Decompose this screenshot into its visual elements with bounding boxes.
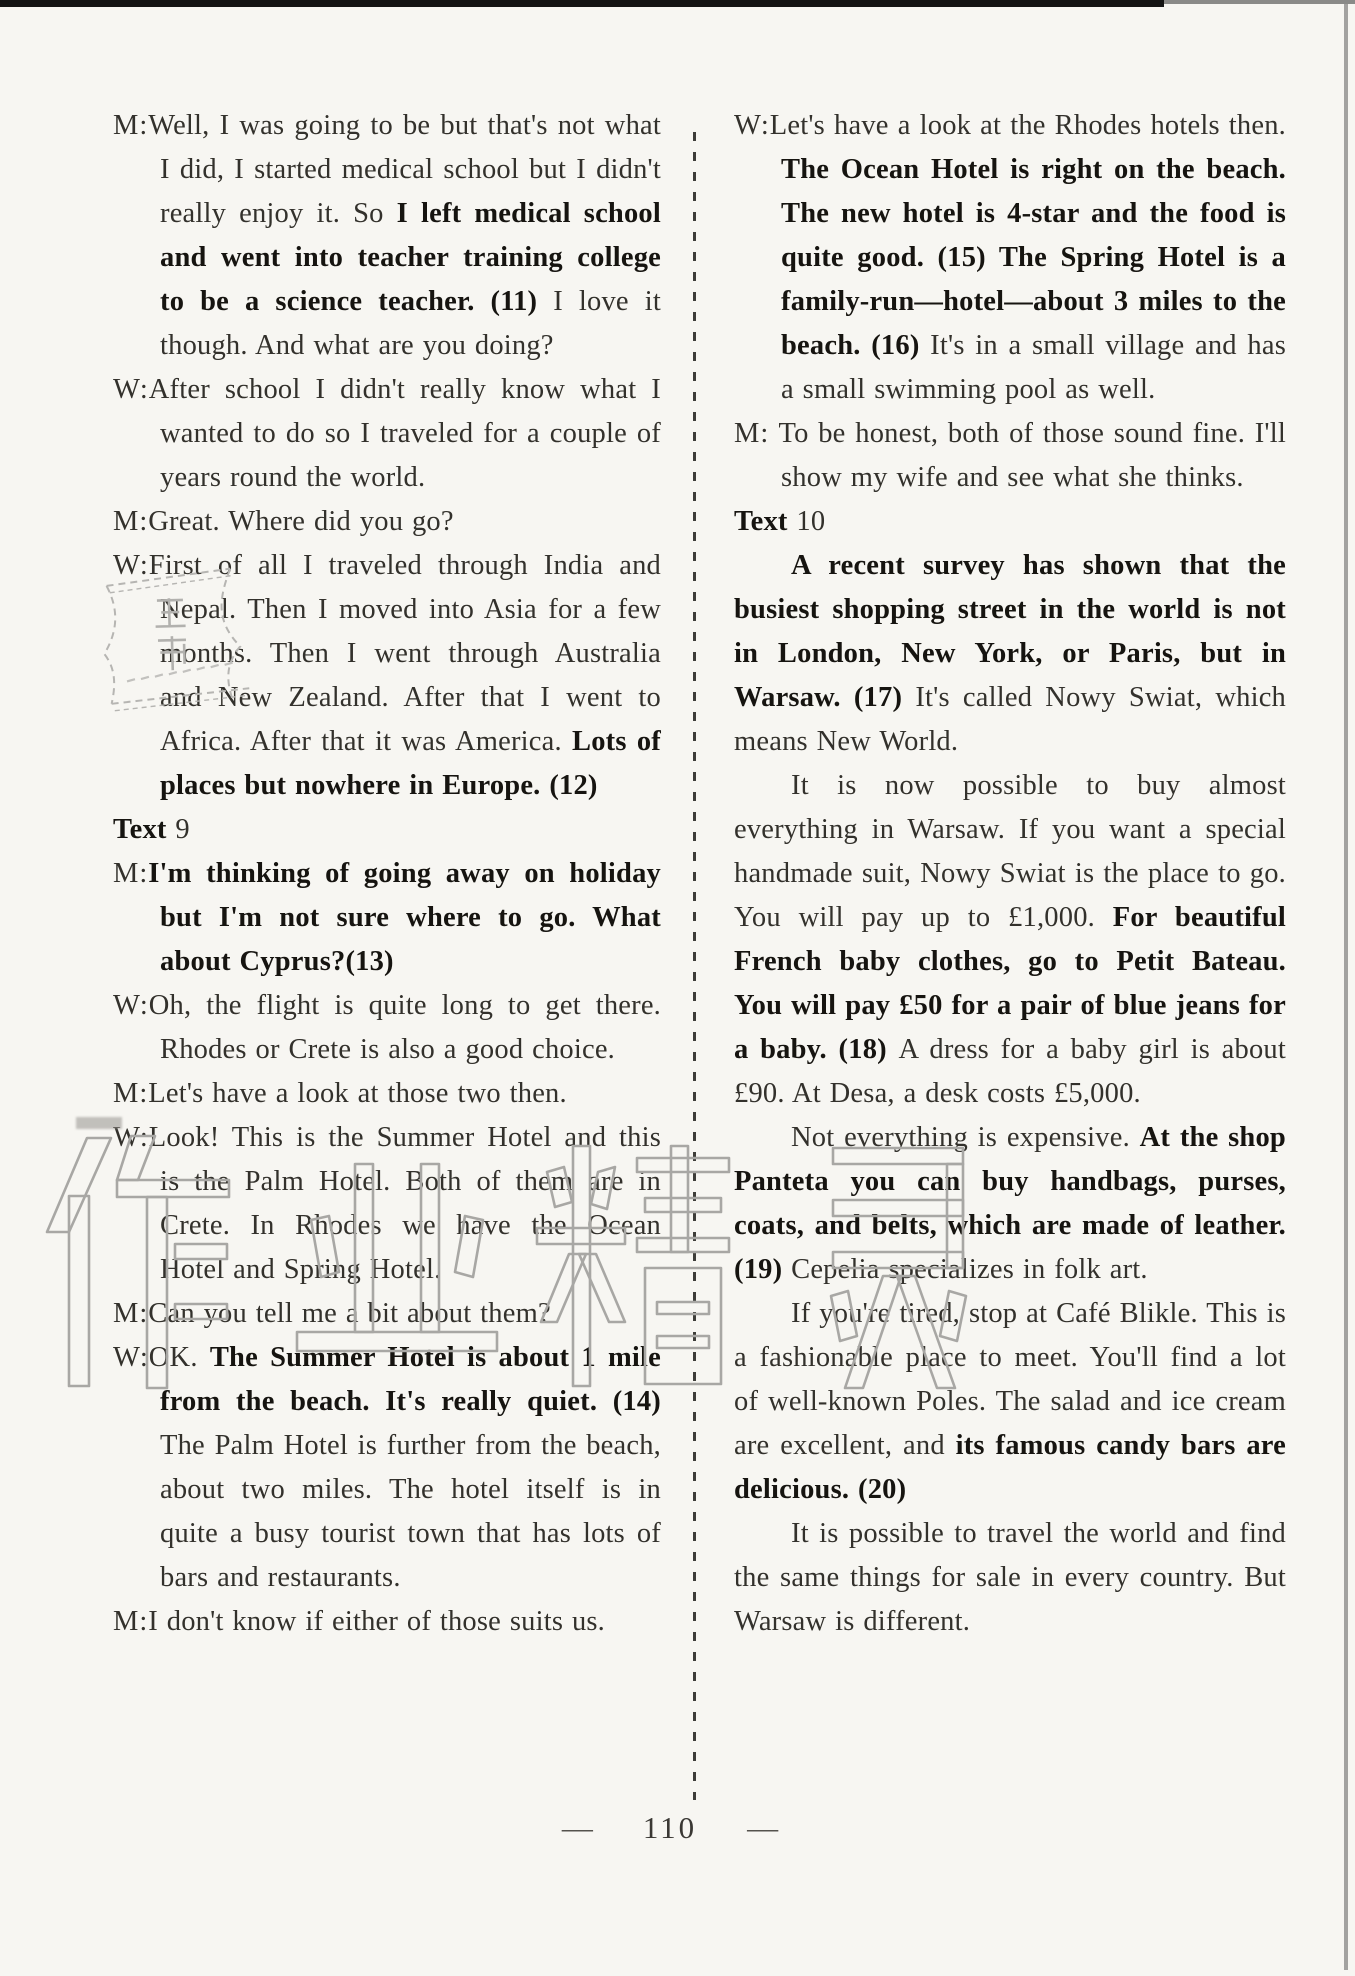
speaker-label: M: [734,418,769,449]
speaker-label: M: [113,110,148,141]
column-divider [693,132,696,1800]
dialogue-line: M:Can you tell me a bit about them? [113,1292,661,1336]
paragraph: Not everything is expensive. At the shop… [734,1116,1286,1292]
paragraph: A recent survey has shown that the busie… [734,544,1286,764]
text-segment: 9 [175,814,189,845]
speaker-label: M: [113,506,148,537]
text-segment: Cepelia specializes in folk art. [791,1254,1148,1285]
text-segment: OK. [149,1342,210,1373]
text-segment: Great. Where did you go? [148,506,453,537]
page-footer: —110— [0,1810,1340,1846]
paragraph: It is now possible to buy almost everyth… [734,764,1286,1116]
text-heading: Text 10 [734,500,1286,544]
book-page: M:Well, I was going to be but that's not… [0,0,1355,1976]
footer-dash-left: — [562,1810,593,1845]
text-segment: Not everything is expensive. [791,1122,1140,1153]
dialogue-line: M:Let's have a look at those two then. [113,1072,661,1116]
speaker-label: M: [113,1298,148,1329]
text-segment: After school I didn't really know what I… [149,374,661,493]
paragraph: It is possible to travel the world and f… [734,1512,1286,1644]
speaker-label: W: [734,110,770,141]
text-segment: To be honest, both of those sound fine. … [769,418,1286,493]
dialogue-line: M:I don't know if either of those suits … [113,1600,661,1644]
speaker-label: W: [113,1342,149,1373]
text-segment: Text [734,506,796,537]
dialogue-line: W:First of all I traveled through India … [113,544,661,808]
text-segment: The Summer Hotel is about 1 mile from th… [160,1342,661,1417]
text-segment: 10 [796,506,825,537]
text-segment: Let's have a look at those two then. [148,1078,567,1109]
dialogue-line: W:Look! This is the Summer Hotel and thi… [113,1116,661,1292]
footer-dash-right: — [747,1810,778,1845]
dialogue-line: M:Great. Where did you go? [113,500,661,544]
dialogue-line: M:Well, I was going to be but that's not… [113,104,661,368]
speaker-label: W: [113,990,149,1021]
text-segment: Text [113,814,175,845]
paragraph: If you're tired, stop at Café Blikle. Th… [734,1292,1286,1512]
text-heading: Text 9 [113,808,661,852]
dialogue-line: M:I'm thinking of going away on holiday … [113,852,661,984]
page-right-edge-line [1344,4,1348,1970]
text-segment: The Palm Hotel is further from the beach… [160,1430,661,1593]
speaker-label: M: [113,1606,148,1637]
text-segment: Can you tell me a bit about them? [148,1298,551,1329]
text-segment: I'm thinking of going away on holiday bu… [148,858,661,977]
text-segment: I don't know if either of those suits us… [148,1606,605,1637]
speaker-label: M: [113,858,148,889]
dialogue-line: W:Oh, the flight is quite long to get th… [113,984,661,1072]
text-segment: Oh, the flight is quite long to get ther… [149,990,661,1065]
dialogue-line: M: To be honest, both of those sound fin… [734,412,1286,500]
page-number: 110 [643,1810,697,1845]
text-segment: Let's have a look at the Rhodes hotels t… [770,110,1286,141]
text-segment: Look! This is the Summer Hotel and this … [149,1122,661,1285]
page-top-edge-line [0,0,1164,7]
speaker-label: W: [113,374,149,405]
scan-smudge [76,1117,122,1129]
speaker-label: M: [113,1078,148,1109]
dialogue-line: W:Let's have a look at the Rhodes hotels… [734,104,1286,412]
column-right: W:Let's have a look at the Rhodes hotels… [734,104,1286,1644]
page-top-edge-line-right [1164,0,1355,4]
speaker-label: W: [113,550,149,581]
column-left: M:Well, I was going to be but that's not… [113,104,661,1644]
text-segment: It is possible to travel the world and f… [734,1518,1286,1637]
dialogue-line: W:After school I didn't really know what… [113,368,661,500]
dialogue-line: W:OK. The Summer Hotel is about 1 mile f… [113,1336,661,1600]
